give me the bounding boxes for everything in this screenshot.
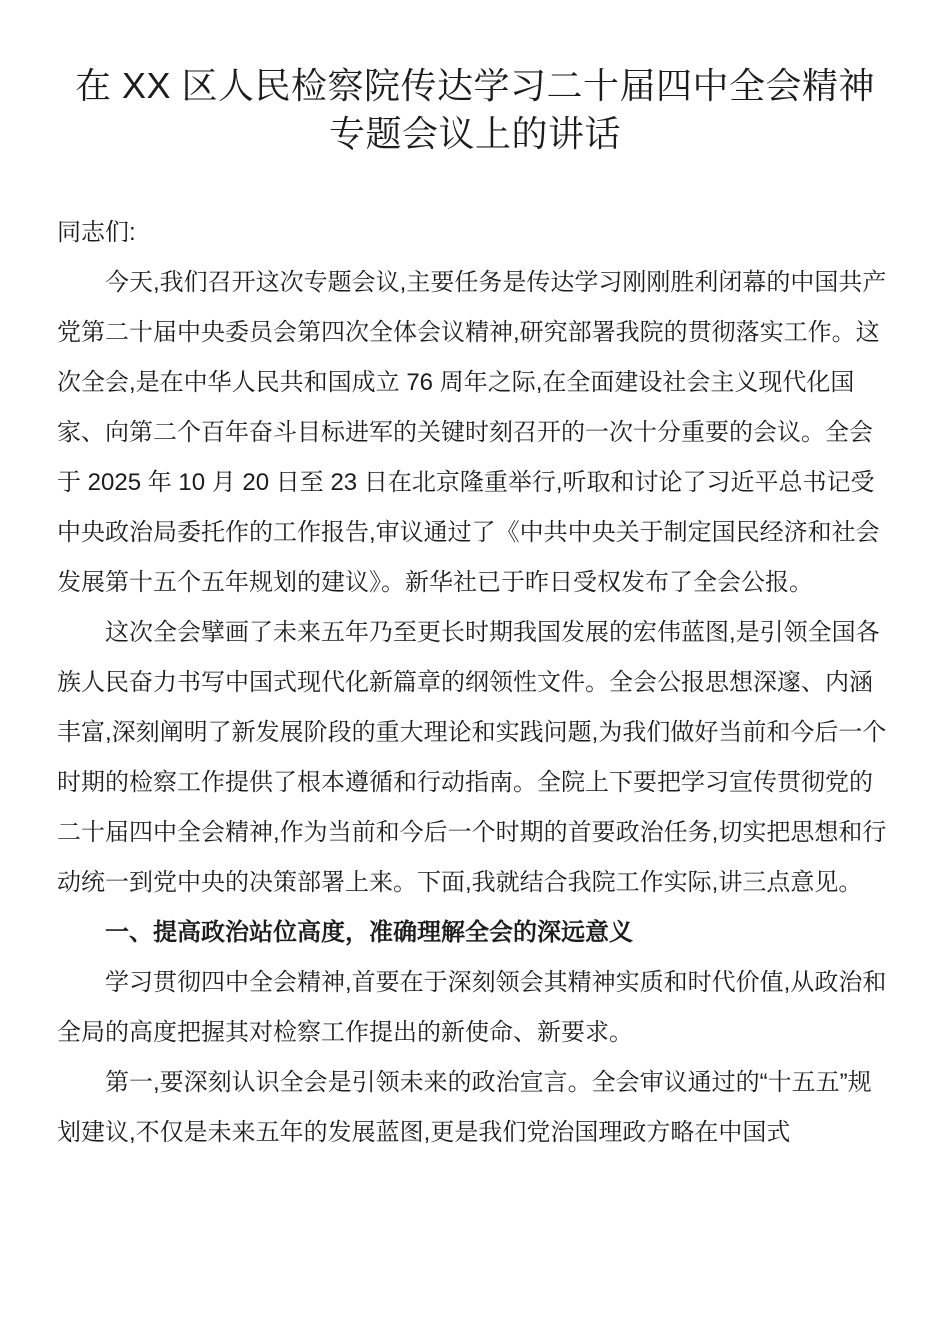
document-page: 在 XX 区人民检察院传达学习二十届四中全会精神专题会议上的讲话 同志们: 今天… (0, 0, 950, 1344)
paragraph: 今天,我们召开这次专题会议,主要任务是传达学习刚刚胜利闭幕的中国共产党第二十届中… (57, 258, 893, 608)
paragraph: 学习贯彻四中全会精神,首要在于深刻领会其精神实质和时代价值,从政治和全局的高度把… (57, 958, 893, 1058)
document-title: 在 XX 区人民检察院传达学习二十届四中全会精神专题会议上的讲话 (57, 62, 893, 158)
section-heading: 一、提高政治站位高度，准确理解全会的深远意义 (57, 908, 893, 958)
document-body: 同志们: 今天,我们召开这次专题会议,主要任务是传达学习刚刚胜利闭幕的中国共产党… (57, 208, 893, 1158)
paragraph: 这次全会擘画了未来五年乃至更长时期我国发展的宏伟蓝图,是引领全国各族人民奋力书写… (57, 608, 893, 908)
paragraph: 第一,要深刻认识全会是引领未来的政治宣言。全会审议通过的“十五五”规划建议,不仅… (57, 1058, 893, 1158)
salutation: 同志们: (57, 208, 893, 258)
